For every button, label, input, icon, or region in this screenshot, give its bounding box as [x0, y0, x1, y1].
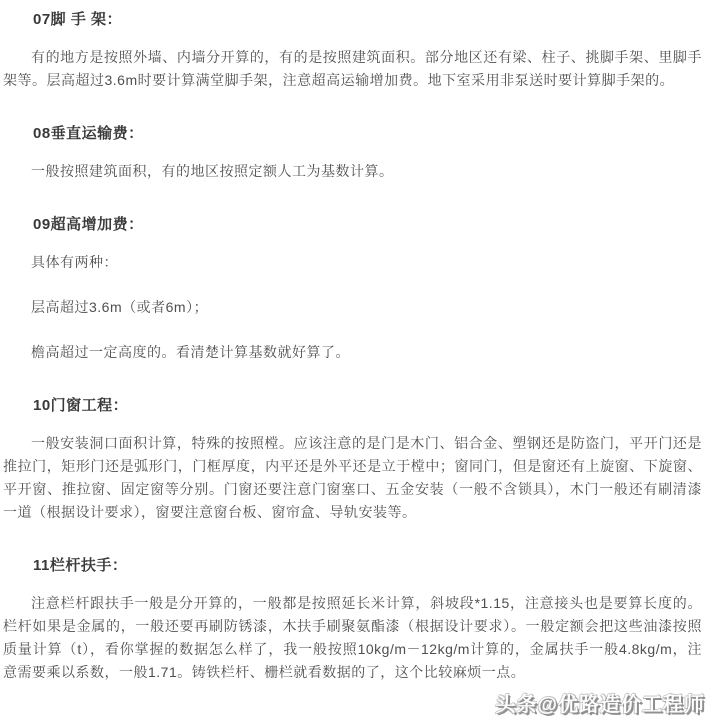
section-paragraph: 一般安装洞口面积计算，特殊的按照樘。应该注意的是门是木门、铝合金、塑钢还是防盗门…	[3, 432, 702, 524]
section-paragraph: 檐高超过一定高度的。看清楚计算基数就好算了。	[3, 341, 702, 364]
section-paragraph: 层高超过3.6m（或者6m）；	[3, 296, 702, 319]
article-body: 07脚 手 架：有的地方是按照外墙、内墙分开算的，有的是按照建筑面积。部分地区还…	[0, 0, 710, 684]
section-heading: 07脚 手 架：	[3, 8, 702, 31]
section-heading: 11栏杆扶手：	[3, 554, 702, 577]
section-paragraph: 注意栏杆跟扶手一般是分开算的，一般都是按照延长米计算，斜坡段*1.15，注意接头…	[3, 592, 702, 684]
watermark-toutiao: 头条@优路造价工程师	[495, 688, 705, 717]
section-paragraph: 一般按照建筑面积，有的地区按照定额人工为基数计算。	[3, 160, 702, 183]
section-heading: 08垂直运输费：	[3, 122, 702, 145]
section-paragraph: 有的地方是按照外墙、内墙分开算的，有的是按照建筑面积。部分地区还有梁、柱子、挑脚…	[3, 46, 702, 92]
section-paragraph: 具体有两种：	[3, 251, 702, 274]
sections: 07脚 手 架：有的地方是按照外墙、内墙分开算的，有的是按照建筑面积。部分地区还…	[3, 8, 702, 684]
section-heading: 09超高增加费：	[3, 213, 702, 236]
section-heading: 10门窗工程：	[3, 394, 702, 417]
